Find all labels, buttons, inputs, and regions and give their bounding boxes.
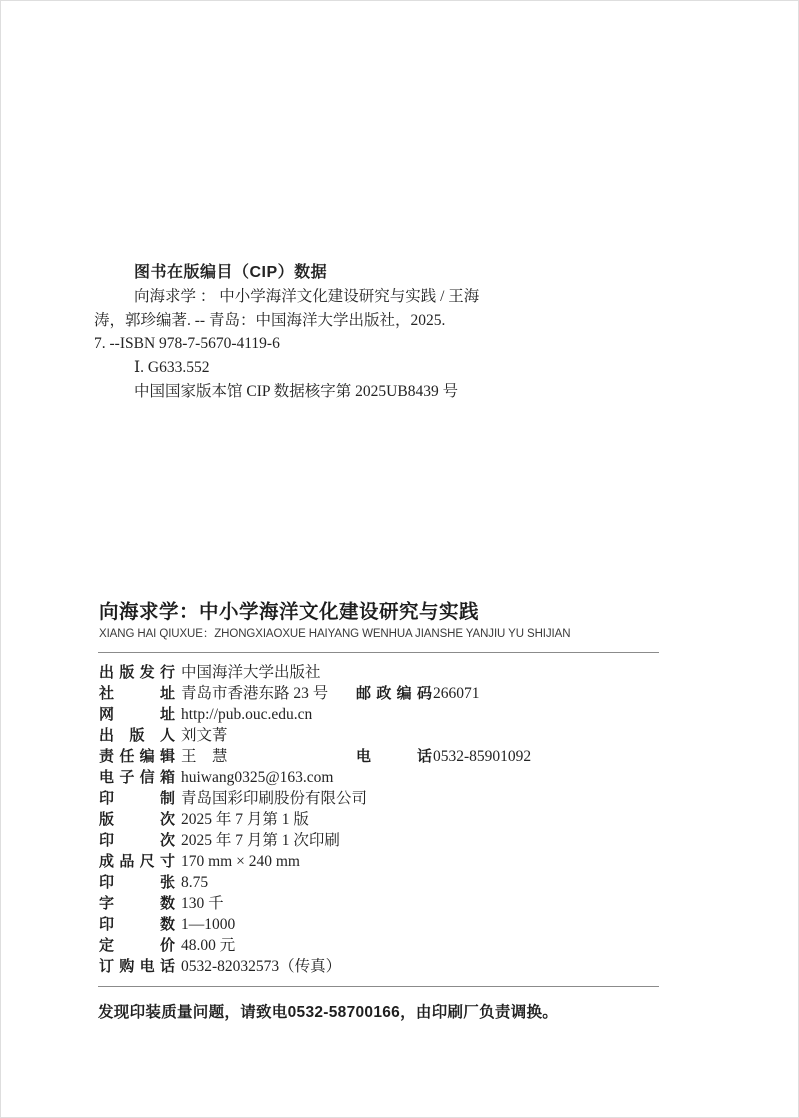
- cip-block: 图书在版编目（CIP）数据 向海求学 ： 中小学海洋文化建设研究与实践 / 王海…: [94, 261, 524, 404]
- colophon-row-address: 社址青岛市香港东路 23 号 邮政编码 266071: [99, 683, 660, 704]
- label: 电子信箱: [99, 767, 175, 788]
- cip-line-classification: Ⅰ. G633.552: [134, 356, 524, 380]
- label: 责任编辑: [99, 746, 175, 767]
- value: 1—1000: [181, 914, 235, 935]
- colophon-row-wordcount: 字数130 千: [99, 893, 660, 914]
- cip-heading: 图书在版编目（CIP）数据: [134, 261, 524, 285]
- cip-line-registration: 中国国家版本馆 CIP 数据核字第 2025UB8439 号: [134, 380, 524, 404]
- value: 8.75: [181, 872, 208, 893]
- value: 刘文菁: [181, 725, 228, 746]
- copyright-page: 图书在版编目（CIP）数据 向海求学 ： 中小学海洋文化建设研究与实践 / 王海…: [0, 0, 799, 1118]
- value: 2025 年 7 月第 1 版: [181, 809, 309, 830]
- colophon-row-edition: 版次2025 年 7 月第 1 版: [99, 809, 660, 830]
- colophon-row-website: 网址http://pub.ouc.edu.cn: [99, 704, 660, 725]
- label-phone: 电话: [356, 746, 432, 767]
- book-title-pinyin: XIANG HAI QIUXUE：ZHONGXIAOXUE HAIYANG WE…: [99, 625, 570, 641]
- label: 印制: [99, 788, 175, 809]
- label: 印次: [99, 830, 175, 851]
- colophon-table: 出版发行中国海洋大学出版社 社址青岛市香港东路 23 号 邮政编码 266071…: [99, 662, 660, 977]
- label: 版次: [99, 809, 175, 830]
- value-postcode: 266071: [433, 683, 480, 704]
- colophon-row-orderphone: 订购电话0532-82032573（传真）: [99, 956, 660, 977]
- colophon-row-publisher: 出版发行中国海洋大学出版社: [99, 662, 660, 683]
- colophon-row-editor: 责任编辑王 慧 电话 0532-85901092: [99, 746, 660, 767]
- value: 0532-82032573（传真）: [181, 956, 341, 977]
- quality-notice: 发现印装质量问题，请致电0532-58700166，由印刷厂负责调换。: [98, 1000, 558, 1022]
- label: 印张: [99, 872, 175, 893]
- label: 订购电话: [99, 956, 175, 977]
- colophon-row-printrun: 印数1—1000: [99, 914, 660, 935]
- divider-top: [98, 652, 659, 653]
- cip-line: 向海求学 ： 中小学海洋文化建设研究与实践 / 王海: [134, 285, 524, 309]
- label: 字数: [99, 893, 175, 914]
- label: 印数: [99, 914, 175, 935]
- value: 170 mm × 240 mm: [181, 851, 300, 872]
- cip-line: 涛，郭珍编著. -- 青岛：中国海洋大学出版社，2025.: [94, 309, 524, 333]
- label: 社址: [99, 683, 175, 704]
- value: 中国海洋大学出版社: [181, 662, 321, 683]
- value: 青岛国彩印刷股份有限公司: [181, 788, 367, 809]
- value: 王 慧: [181, 746, 228, 767]
- value: 2025 年 7 月第 1 次印刷: [181, 830, 340, 851]
- value: 48.00 元: [181, 935, 235, 956]
- label: 出版人: [99, 725, 175, 746]
- value: 青岛市香港东路 23 号: [181, 683, 328, 704]
- colophon-row-printer: 印制青岛国彩印刷股份有限公司: [99, 788, 660, 809]
- label: 成品尺寸: [99, 851, 175, 872]
- cip-line-isbn: 7. --ISBN 978-7-5670-4119-6: [94, 332, 524, 356]
- label: 定价: [99, 935, 175, 956]
- divider-bottom: [98, 986, 659, 987]
- colophon-row-email: 电子信箱huiwang0325@163.com: [99, 767, 660, 788]
- colophon-row-size: 成品尺寸170 mm × 240 mm: [99, 851, 660, 872]
- value-phone: 0532-85901092: [433, 746, 531, 767]
- colophon-row-publisher-person: 出版人刘文菁: [99, 725, 660, 746]
- book-title: 向海求学：中小学海洋文化建设研究与实践: [99, 596, 479, 624]
- value: 130 千: [181, 893, 224, 914]
- value: http://pub.ouc.edu.cn: [181, 704, 312, 725]
- label-postcode: 邮政编码: [356, 683, 432, 704]
- label: 网址: [99, 704, 175, 725]
- colophon-row-sheets: 印张8.75: [99, 872, 660, 893]
- colophon-row-price: 定价48.00 元: [99, 935, 660, 956]
- label: 出版发行: [99, 662, 175, 683]
- value: huiwang0325@163.com: [181, 767, 333, 788]
- colophon-row-impression: 印次2025 年 7 月第 1 次印刷: [99, 830, 660, 851]
